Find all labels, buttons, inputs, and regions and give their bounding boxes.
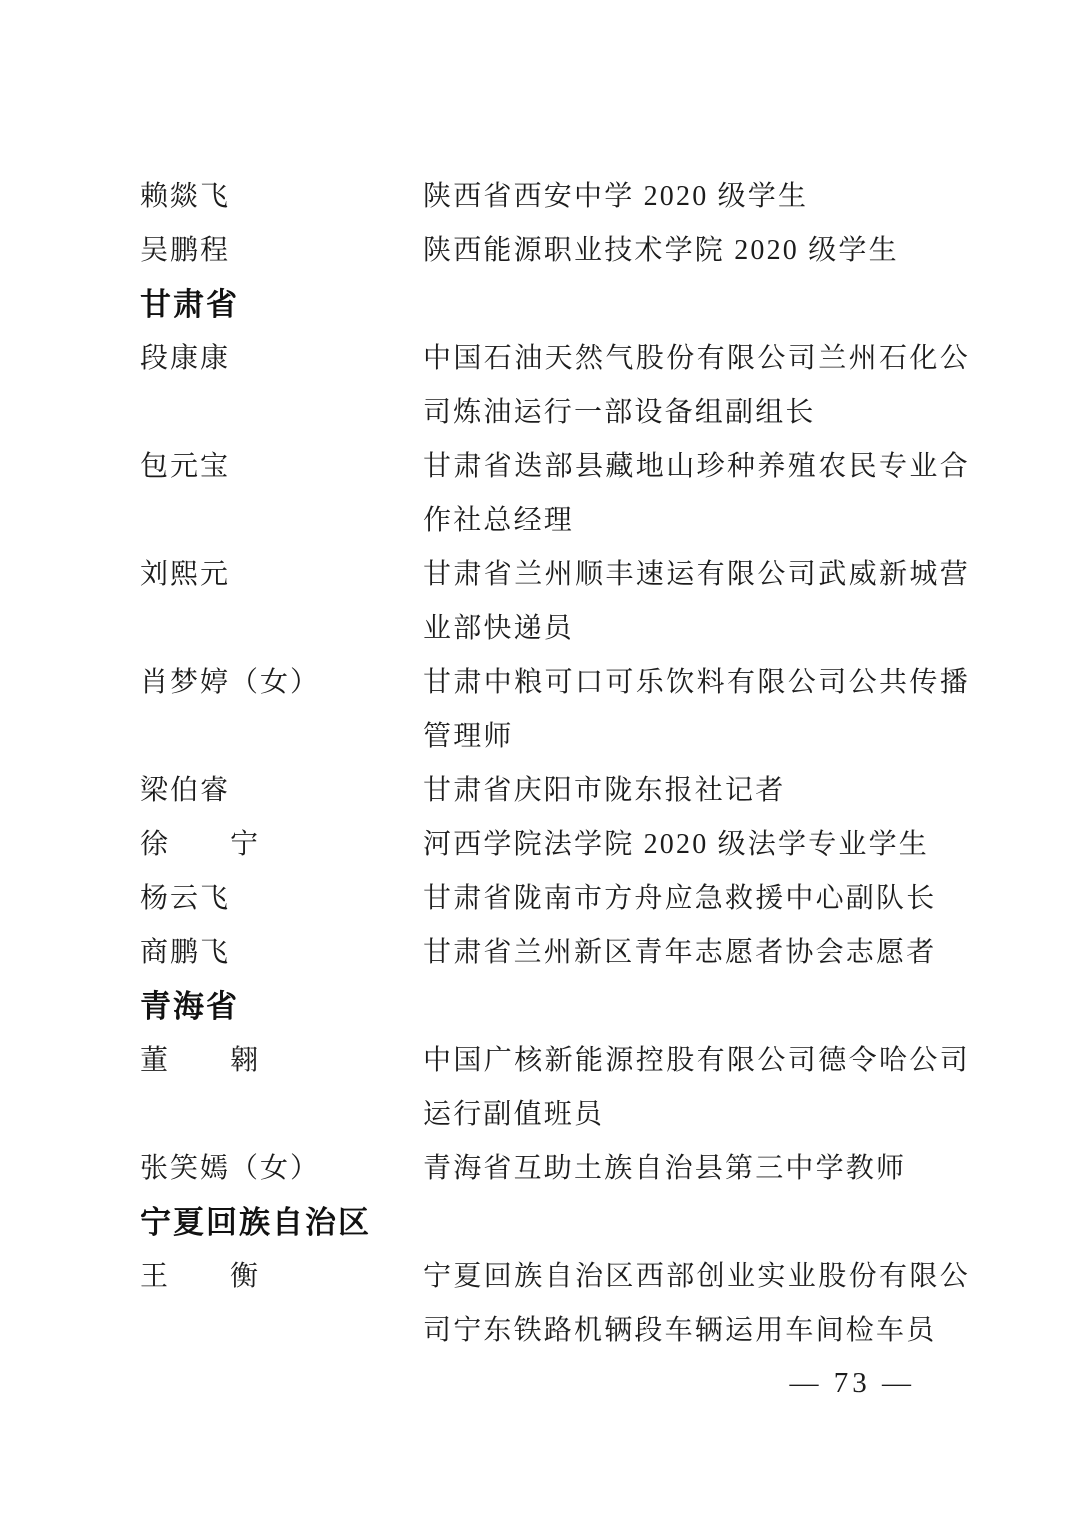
person-title: 甘肃省兰州顺丰速运有限公司武威新城营业部快递员	[423, 548, 970, 656]
person-name: 王 衡	[140, 1250, 423, 1304]
region-header-row: 宁夏回族自治区	[140, 1196, 970, 1250]
list-item: 吴鹏程 陕西能源职业技术学院 2020 级学生	[140, 224, 970, 278]
list-item: 肖梦婷（女） 甘肃中粮可口可乐饮料有限公司公共传播管理师	[140, 656, 970, 764]
person-name: 梁伯睿	[140, 764, 423, 818]
person-title: 甘肃省陇南市方舟应急救援中心副队长	[423, 872, 970, 926]
person-title: 青海省互助土族自治县第三中学教师	[423, 1142, 970, 1196]
list-item: 段康康 中国石油天然气股份有限公司兰州石化公司炼油运行一部设备组副组长	[140, 332, 970, 440]
person-name: 徐 宁	[140, 818, 423, 872]
document-page: 赖燚飞 陕西省西安中学 2020 级学生 吴鹏程 陕西能源职业技术学院 2020…	[0, 0, 1080, 1526]
region-header-row: 青海省	[140, 980, 970, 1034]
list-item: 梁伯睿 甘肃省庆阳市陇东报社记者	[140, 764, 970, 818]
person-name: 商鹏飞	[140, 926, 423, 980]
person-title: 河西学院法学院 2020 级法学专业学生	[423, 818, 970, 872]
list-item: 杨云飞 甘肃省陇南市方舟应急救援中心副队长	[140, 872, 970, 926]
person-name: 肖梦婷（女）	[140, 656, 423, 710]
list-item: 赖燚飞 陕西省西安中学 2020 级学生	[140, 170, 970, 224]
region-header-row: 甘肃省	[140, 278, 970, 332]
person-name: 刘熙元	[140, 548, 423, 602]
person-title: 宁夏回族自治区西部创业实业股份有限公司宁东铁路机辆段车辆运用车间检车员	[423, 1250, 970, 1358]
person-name: 段康康	[140, 332, 423, 386]
region-title: 宁夏回族自治区	[140, 1196, 371, 1250]
list-item: 包元宝 甘肃省迭部县藏地山珍种养殖农民专业合作社总经理	[140, 440, 970, 548]
page-number: — 73 —	[790, 1356, 916, 1410]
person-title: 甘肃省迭部县藏地山珍种养殖农民专业合作社总经理	[423, 440, 970, 548]
list-item: 张笑嫣（女） 青海省互助土族自治县第三中学教师	[140, 1142, 970, 1196]
region-title: 青海省	[140, 980, 239, 1034]
person-title: 甘肃中粮可口可乐饮料有限公司公共传播管理师	[423, 656, 970, 764]
list-item: 董 翱 中国广核新能源控股有限公司德令哈公司运行副值班员	[140, 1034, 970, 1142]
person-name: 包元宝	[140, 440, 423, 494]
list-item: 王 衡 宁夏回族自治区西部创业实业股份有限公司宁东铁路机辆段车辆运用车间检车员	[140, 1250, 970, 1358]
person-title: 陕西省西安中学 2020 级学生	[423, 170, 970, 224]
list-item: 刘熙元 甘肃省兰州顺丰速运有限公司武威新城营业部快递员	[140, 548, 970, 656]
person-title: 中国广核新能源控股有限公司德令哈公司运行副值班员	[423, 1034, 970, 1142]
region-title: 甘肃省	[140, 278, 239, 332]
person-name: 张笑嫣（女）	[140, 1142, 423, 1196]
list-item: 商鹏飞 甘肃省兰州新区青年志愿者协会志愿者	[140, 926, 970, 980]
person-title: 甘肃省庆阳市陇东报社记者	[423, 764, 970, 818]
person-title: 甘肃省兰州新区青年志愿者协会志愿者	[423, 926, 970, 980]
list-item: 徐 宁 河西学院法学院 2020 级法学专业学生	[140, 818, 970, 872]
person-title: 中国石油天然气股份有限公司兰州石化公司炼油运行一部设备组副组长	[423, 332, 970, 440]
person-name: 吴鹏程	[140, 224, 423, 278]
person-name: 董 翱	[140, 1034, 423, 1088]
person-title: 陕西能源职业技术学院 2020 级学生	[423, 224, 970, 278]
person-name: 杨云飞	[140, 872, 423, 926]
honor-roll-list: 赖燚飞 陕西省西安中学 2020 级学生 吴鹏程 陕西能源职业技术学院 2020…	[140, 170, 970, 1358]
person-name: 赖燚飞	[140, 170, 423, 224]
